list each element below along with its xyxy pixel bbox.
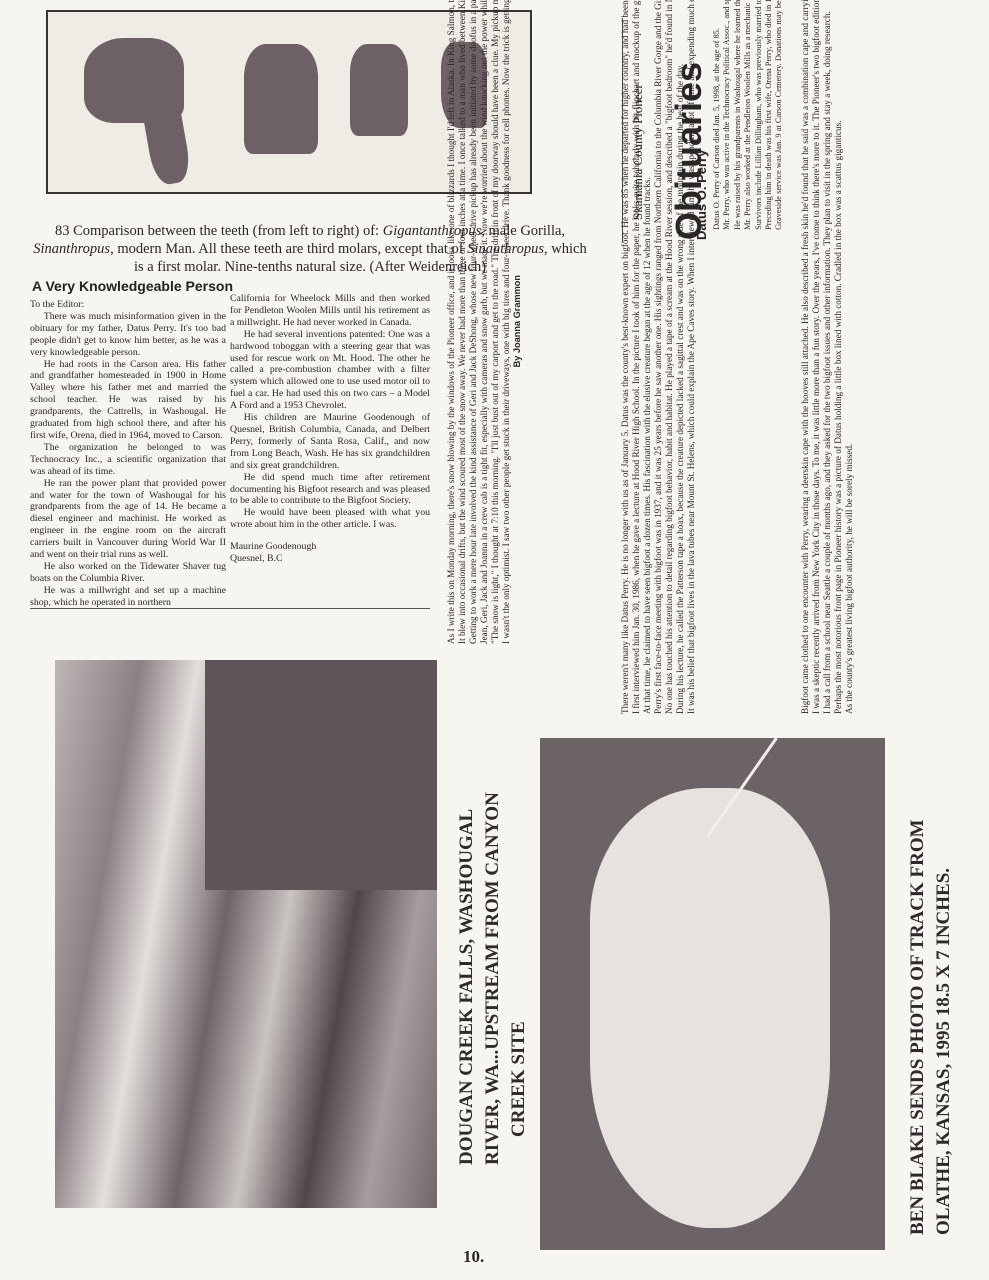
tooth-gorilla <box>244 44 318 154</box>
paragraph: His children are Maurine Goodenough of Q… <box>230 412 430 472</box>
signature-name: Maurine Goodenough <box>230 541 430 553</box>
column-article-part-2: There weren't many like Datus Perry. He … <box>620 275 697 725</box>
waterfall-photo <box>55 660 437 1208</box>
paragraph: He ran the power plant that provided pow… <box>30 478 226 561</box>
paragraph: I had a call from a school near Seattle … <box>822 275 833 725</box>
newspaper-masthead: Skamania County Pioneer <box>630 84 646 220</box>
paragraph: There weren't many like Datus Perry. He … <box>620 275 631 725</box>
tooth-sinanthropus <box>350 44 408 136</box>
paragraph: I wasn't the only optimist. I saw two ot… <box>501 275 512 655</box>
paragraph: Graveside service was Jan. 9 at Carson C… <box>774 15 784 240</box>
paragraph: I first interviewed him Jan. 30, 1986, w… <box>631 275 642 725</box>
paragraph: He did spend much time after retirement … <box>230 472 430 508</box>
paragraph: There was much misinformation given in t… <box>30 311 226 359</box>
paragraph: Mr. Perry also worked at the Pendleton W… <box>743 15 753 240</box>
letter-column-1: To the Editor: There was much misinforma… <box>30 299 226 609</box>
paragraph: I was a skeptic recently arrived from Ne… <box>811 275 822 725</box>
photo-dark-area <box>205 660 437 890</box>
paragraph: Mr. Perry, who was active in the Technoc… <box>722 15 732 240</box>
paragraph: California for Wheelock Mills and then w… <box>230 293 430 329</box>
paragraph: Perry's first face-to-face meeting with … <box>653 275 664 725</box>
salutation: To the Editor: <box>30 299 226 311</box>
paragraph: Preceding him in death was his first wif… <box>764 15 774 240</box>
obituary-body: Datus O. Perry of Carson died Jan. 5, 19… <box>712 15 785 240</box>
paragraph: He was raised by his grandparents in Was… <box>733 15 743 240</box>
paragraph: He was a millwright and set up a machine… <box>30 585 226 609</box>
byline: By Joanna Grammon <box>512 275 523 655</box>
paragraph: Datus O. Perry of Carson died Jan. 5, 19… <box>712 15 722 240</box>
divider <box>30 608 430 609</box>
column-article-part-3: Bigfoot came clothed to one encounter wi… <box>800 275 855 725</box>
paragraph: Getting to work a mere hour late involve… <box>468 275 479 655</box>
paragraph: It blew into occasional drifts, but the … <box>457 275 468 655</box>
waterfall-photo-caption: DOUGAN CREEK FALLS, WASHOUGAL RIVER, WA.… <box>454 792 532 1165</box>
signature-place: Quesnel, B.C <box>230 553 430 565</box>
footprint-photo-caption: BEN BLAKE SENDS PHOTO OF TRACK FROM OLAT… <box>905 819 957 1235</box>
footprint-cast-photo <box>540 738 885 1250</box>
column-article-part-1: As I write this on Monday morning, there… <box>446 275 523 655</box>
paragraph: As I write this on Monday morning, there… <box>446 275 457 655</box>
paragraph: Survivors include Lillian Dillingham, wh… <box>754 15 764 240</box>
paragraph: The organization he belonged to was Tech… <box>30 442 226 478</box>
paragraph: He also worked on the Tidewater Shaver t… <box>30 561 226 585</box>
obit-border <box>622 18 623 243</box>
paragraph: It was his belief that bigfoot lives in … <box>686 275 697 725</box>
paragraph: Jean, Geri, Jack and Joanna in a crew ca… <box>479 275 490 655</box>
obituary-name: Datus O. Perry <box>694 150 709 240</box>
paragraph: Bigfoot came clothed to one encounter wi… <box>800 275 811 725</box>
letter-headline: A Very Knowledgeable Person <box>32 278 233 294</box>
paragraph: "The snow is light," I thought at 7:10 t… <box>490 275 501 655</box>
page-number: 10. <box>463 1247 484 1267</box>
paragraph: At that time, he claimed to have seen bi… <box>642 275 653 725</box>
paragraph: No one has touched his attention to deta… <box>664 275 675 725</box>
footprint-shape <box>590 788 830 1228</box>
paragraph: Perhaps the most notorious front page in… <box>833 275 844 725</box>
paragraph: He had roots in the Carson area. His fat… <box>30 359 226 442</box>
paragraph: As the county's greatest living bigfoot … <box>844 275 855 725</box>
tooth-gigantanthropus-root <box>141 99 193 186</box>
letter-column-2: California for Wheelock Mills and then w… <box>230 293 430 565</box>
paragraph: He would have been pleased with what you… <box>230 507 430 531</box>
paragraph: He had several inventions patented: One … <box>230 329 430 412</box>
paragraph: During his lecture, he called the Patter… <box>675 275 686 725</box>
